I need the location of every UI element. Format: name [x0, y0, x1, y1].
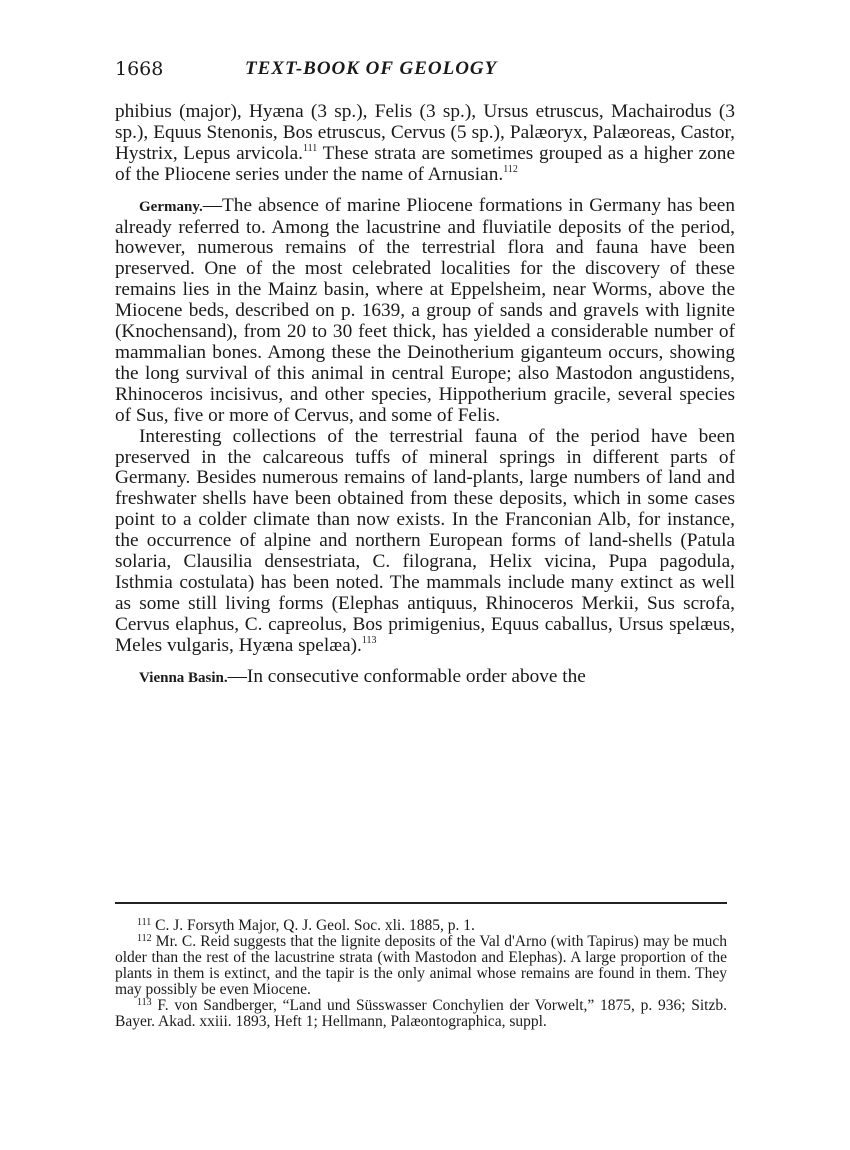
- footnote-111: 111 C. J. Forsyth Major, Q. J. Geol. Soc…: [115, 918, 727, 934]
- book-page: 1668 TEXT-BOOK OF GEOLOGY phibius (major…: [115, 58, 735, 688]
- paragraph-vienna-basin: Vienna Basin.—In consecutive conformable…: [115, 667, 735, 689]
- paragraph-tuffs: Interesting collections of the terrestri…: [115, 427, 735, 657]
- footnote-ref-113[interactable]: 113: [362, 635, 377, 646]
- paragraph-germany: Germany.—The absence of marine Pliocene …: [115, 196, 735, 427]
- body-text: phibius (major), Hyæna (3 sp.), Felis (3…: [115, 102, 735, 688]
- footnote-ref-111[interactable]: 111: [303, 143, 317, 154]
- footnote-ref-112[interactable]: 112: [503, 164, 518, 175]
- running-title: TEXT-BOOK OF GEOLOGY: [245, 58, 497, 80]
- footnote-113: 113 F. von Sandberger, “Land und Süsswas…: [115, 998, 727, 1030]
- section-heading-germany: Germany.: [139, 199, 203, 215]
- section-heading-vienna-basin: Vienna Basin.: [139, 670, 228, 686]
- footnotes: 111 C. J. Forsyth Major, Q. J. Geol. Soc…: [115, 918, 727, 1030]
- footnote-divider: [115, 902, 727, 904]
- running-head: 1668 TEXT-BOOK OF GEOLOGY: [115, 58, 735, 88]
- page-number: 1668: [115, 58, 163, 80]
- paragraph-continuation: phibius (major), Hyæna (3 sp.), Felis (3…: [115, 102, 735, 186]
- footnote-112: 112 Mr. C. Reid suggests that the lignit…: [115, 934, 727, 998]
